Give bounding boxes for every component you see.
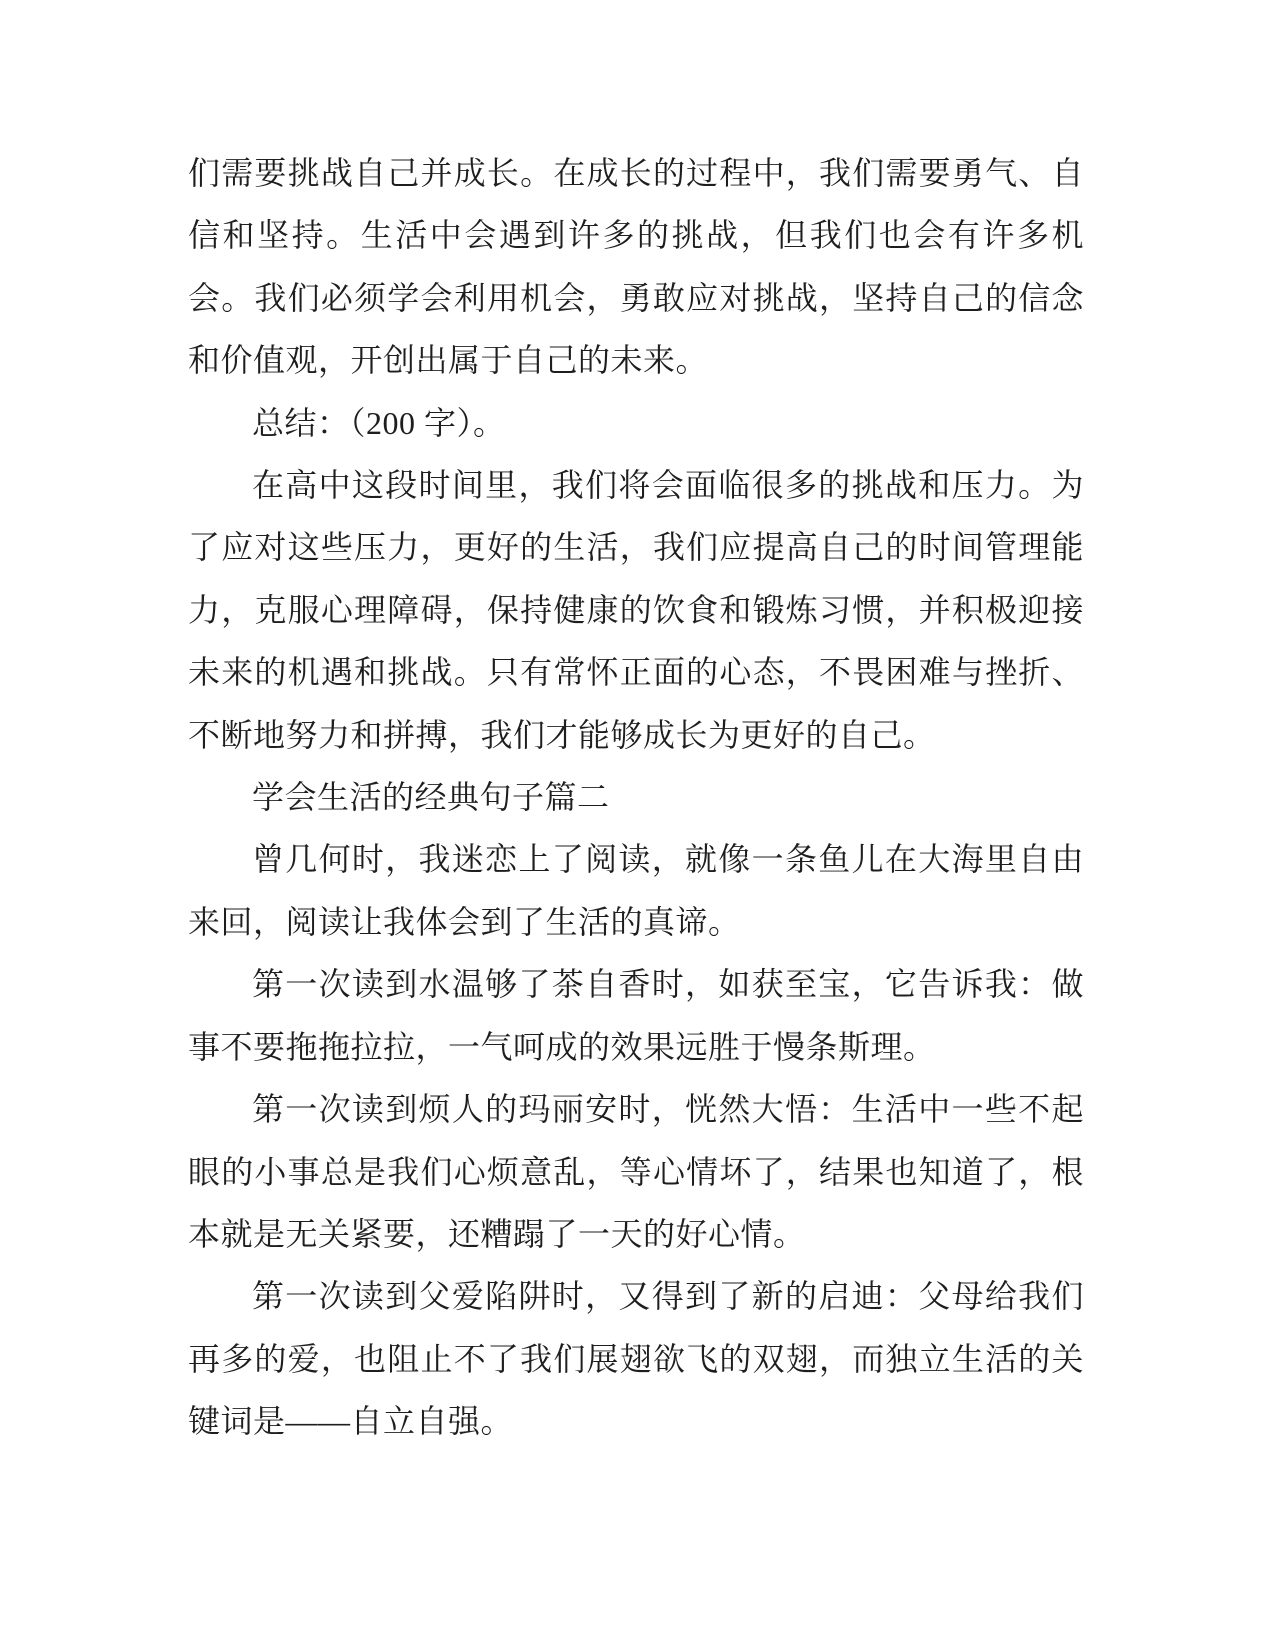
paragraph: 第一次读到水温够了茶自香时，如获至宝，它告诉我：做事不要拖拖拉拉，一气呵成的效果… [188, 953, 1084, 1078]
paragraph: 总结：（200 字）。 [188, 392, 1084, 454]
paragraph: 第一次读到父爱陷阱时，又得到了新的启迪：父母给我们再多的爱，也阻止不了我们展翅欲… [188, 1265, 1084, 1452]
paragraph: 学会生活的经典句子篇二 [188, 766, 1084, 828]
paragraph: 们需要挑战自己并成长。在成长的过程中，我们需要勇气、自信和坚持。生活中会遇到许多… [188, 142, 1084, 392]
document-text-block: 们需要挑战自己并成长。在成长的过程中，我们需要勇气、自信和坚持。生活中会遇到许多… [188, 142, 1084, 1453]
paragraph: 曾几何时，我迷恋上了阅读，就像一条鱼儿在大海里自由来回，阅读让我体会到了生活的真… [188, 828, 1084, 953]
document-page: 们需要挑战自己并成长。在成长的过程中，我们需要勇气、自信和坚持。生活中会遇到许多… [0, 0, 1275, 1650]
paragraph: 第一次读到烦人的玛丽安时，恍然大悟：生活中一些不起眼的小事总是我们心烦意乱，等心… [188, 1078, 1084, 1265]
paragraph: 在高中这段时间里，我们将会面临很多的挑战和压力。为了应对这些压力，更好的生活，我… [188, 454, 1084, 766]
